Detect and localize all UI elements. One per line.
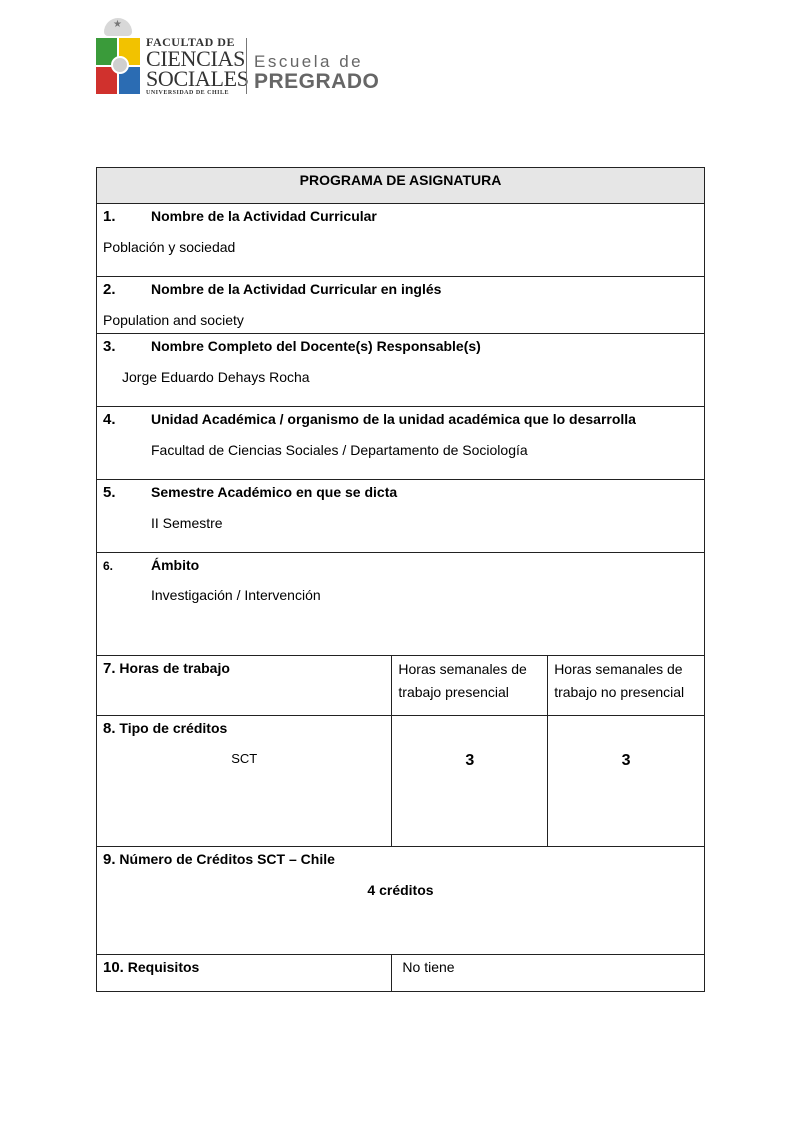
section-value: Jorge Eduardo Dehays Rocha	[122, 369, 698, 385]
credits-number-value: 4 créditos	[103, 882, 698, 898]
credits-number-title: Número de Créditos SCT – Chile	[119, 851, 334, 867]
section-2: 2.Nombre de la Actividad Curricular en i…	[97, 277, 705, 334]
school-label: Escuela de	[254, 52, 363, 72]
section-title: Nombre de la Actividad Curricular en ing…	[151, 281, 441, 297]
university-crest-icon	[96, 18, 140, 96]
section-value: Investigación / Intervención	[151, 587, 698, 603]
section-value: II Semestre	[151, 515, 698, 531]
credit-type-title: Tipo de créditos	[119, 720, 227, 736]
section-7-hours: 7. Horas de trabajo Horas semanales de t…	[97, 656, 705, 716]
presencial-hours-header: Horas semanales de trabajo presencial	[392, 656, 548, 716]
section-9-credits: 9. Número de Créditos SCT – Chile 4 créd…	[97, 847, 705, 955]
presencial-hours-value: 3	[392, 716, 548, 847]
credit-type-value: SCT	[103, 751, 385, 766]
section-1: 1.Nombre de la Actividad Curricular Pobl…	[97, 204, 705, 277]
course-program-table: PROGRAMA DE ASIGNATURA 1.Nombre de la Ac…	[96, 167, 705, 992]
school-name: PREGRADO	[254, 70, 379, 94]
section-4: 4.Unidad Académica / organismo de la uni…	[97, 407, 705, 480]
faculty-logo: FACULTAD DE CIENCIAS SOCIALES UNIVERSIDA…	[96, 18, 386, 100]
requirements-value: No tiene	[392, 955, 705, 992]
no-presencial-hours-value: 3	[548, 716, 705, 847]
document-title: PROGRAMA DE ASIGNATURA	[97, 168, 705, 204]
section-title: Nombre Completo del Docente(s) Responsab…	[151, 338, 481, 354]
section-value: Facultad de Ciencias Sociales / Departam…	[151, 442, 698, 458]
section-8-credit-type: 8. Tipo de créditos SCT 3 3	[97, 716, 705, 847]
logo-divider	[246, 38, 247, 94]
no-presencial-hours-header: Horas semanales de trabajo no presencial	[548, 656, 705, 716]
section-title: Semestre Académico en que se dicta	[151, 484, 397, 500]
section-title: Nombre de la Actividad Curricular	[151, 208, 377, 224]
faculty-name: FACULTAD DE CIENCIAS SOCIALES UNIVERSIDA…	[146, 36, 249, 98]
section-5: 5.Semestre Académico en que se dicta II …	[97, 480, 705, 553]
section-6: 6.Ámbito Investigación / Intervención	[97, 553, 705, 656]
section-title: Unidad Académica / organismo de la unida…	[151, 411, 636, 427]
section-title: Ámbito	[151, 557, 199, 573]
section-value: Population and society	[103, 312, 698, 328]
requirements-title: Requisitos	[128, 959, 200, 975]
section-10-requirements: 10. Requisitos No tiene	[97, 955, 705, 992]
hours-title: Horas de trabajo	[119, 660, 229, 676]
section-value: Población y sociedad	[103, 239, 698, 255]
section-3: 3.Nombre Completo del Docente(s) Respons…	[97, 334, 705, 407]
